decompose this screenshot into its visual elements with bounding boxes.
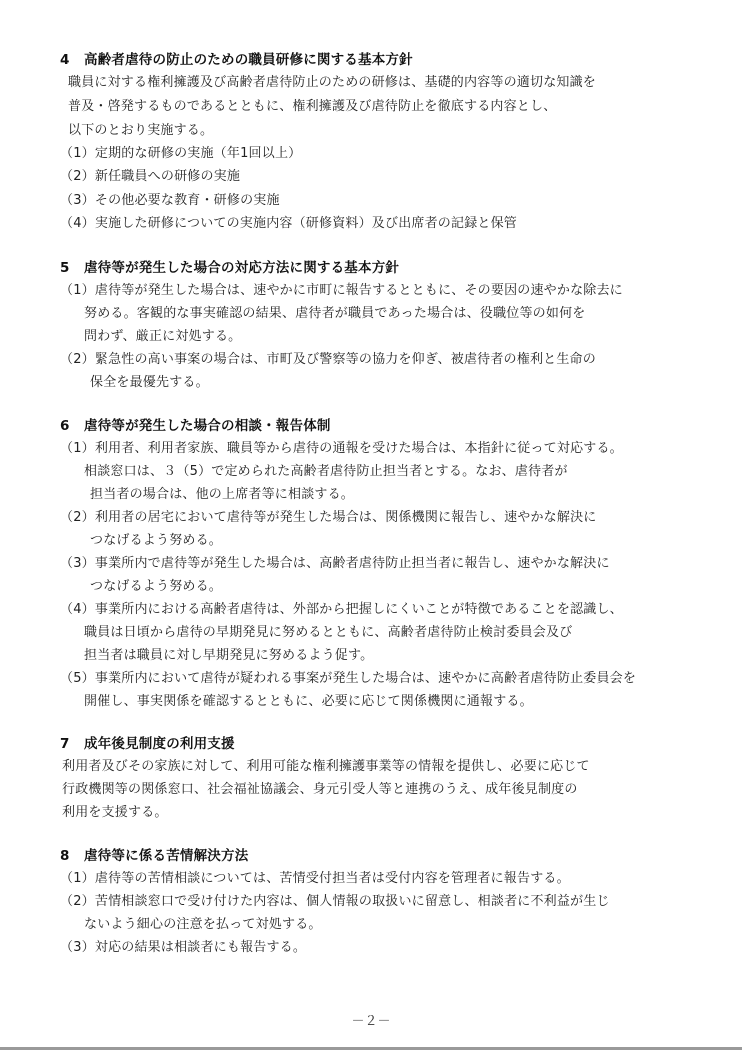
list-item: （3）事業所内で虐待等が発生した場合は、高齢者虐待防止担当者に報告し、速やかな解…: [60, 556, 610, 572]
list-item-continuation: 保全を最優先する。: [90, 375, 209, 391]
list-item: （4）実施した研修についての実施内容（研修資料）及び出席者の記録と保管: [60, 216, 517, 232]
list-item: （5）事業所内において虐待が疑われる事案が発生した場合は、速やかに高齢者虐待防止…: [60, 671, 636, 687]
paragraph-line: 普及・啓発するものであるとともに、権利擁護及び虐待防止を徹底する内容とし、: [68, 99, 556, 115]
section-heading-5: 5虐待等が発生した場合の対応方法に関する基本方針: [60, 260, 399, 276]
page-number: －２－: [0, 1010, 742, 1029]
section-number: 5: [60, 260, 84, 276]
section-title: 虐待等に係る苦情解決方法: [84, 848, 248, 864]
section-number: 8: [60, 848, 84, 864]
list-item-continuation: 職員は日頃から虐待の早期発見に努めるとともに、高齢者虐待防止検討委員会及び: [84, 625, 572, 641]
list-item-continuation: 相談窓口は、３（5）で定められた高齢者虐待防止担当者とする。なお、虐待者が: [84, 464, 568, 480]
list-item: （1）虐待等が発生した場合は、速やかに市町に報告するとともに、その要因の速やかな…: [60, 283, 623, 299]
list-item: （2）緊急性の高い事案の場合は、市町及び警察等の協力を仰ぎ、被虐待者の権利と生命…: [60, 352, 596, 368]
list-item: （1）利用者、利用者家族、職員等から虐待の通報を受けた場合は、本指針に従って対応…: [60, 441, 623, 457]
paragraph-line: 職員に対する権利擁護及び高齢者虐待防止のための研修は、基礎的内容等の適切な知識を: [68, 75, 596, 91]
list-item: （2）新任職員への研修の実施: [60, 169, 240, 185]
list-item: （1）虐待等の苦情相談については、苦情受付担当者は受付内容を管理者に報告する。: [60, 871, 570, 887]
paragraph-line: 利用者及びその家族に対して、利用可能な権利擁護事業等の情報を提供し、必要に応じて: [62, 759, 590, 775]
paragraph-line: 以下のとおり実施する。: [68, 123, 213, 139]
document-page: 4高齢者虐待の防止のための職員研修に関する基本方針 職員に対する権利擁護及び高齢…: [0, 0, 742, 1050]
section-heading-4: 4高齢者虐待の防止のための職員研修に関する基本方針: [60, 52, 413, 68]
list-item-continuation: 努める。客観的な事実確認の結果、虐待者が職員であった場合は、役職位等の如何を: [84, 306, 585, 322]
list-item: （2）苦情相談窓口で受け付けた内容は、個人情報の取扱いに留意し、相談者に不利益が…: [60, 894, 610, 910]
list-item: （3）対応の結果は相談者にも報告する。: [60, 940, 306, 956]
section-heading-6: 6虐待等が発生した場合の相談・報告体制: [60, 418, 331, 434]
section-title: 虐待等が発生した場合の対応方法に関する基本方針: [84, 260, 399, 276]
list-item-continuation: 開催し、事実関係を確認するとともに、必要に応じて関係機関に通報する。: [84, 694, 533, 710]
list-item: （4）事業所内における高齢者虐待は、外部から把握しにくいことが特徴であることを認…: [60, 602, 623, 618]
list-item-continuation: 問わず、厳正に対処する。: [84, 329, 241, 345]
section-number: 7: [60, 736, 84, 752]
section-heading-8: 8虐待等に係る苦情解決方法: [60, 848, 248, 864]
list-item-continuation: つなげるよう努める。: [90, 533, 222, 549]
section-title: 高齢者虐待の防止のための職員研修に関する基本方針: [84, 52, 413, 68]
section-heading-7: 7成年後見制度の利用支援: [60, 736, 235, 752]
section-number: 4: [60, 52, 84, 68]
section-number: 6: [60, 418, 84, 434]
list-item: （1）定期的な研修の実施（年1回以上）: [60, 146, 301, 162]
list-item: （2）利用者の居宅において虐待等が発生した場合は、関係機関に報告し、速やかな解決…: [60, 510, 596, 526]
list-item-continuation: 担当者の場合は、他の上席者等に相談する。: [90, 487, 354, 503]
list-item: （3）その他必要な教育・研修の実施: [60, 193, 280, 209]
list-item-continuation: ないよう細心の注意を払って対処する。: [84, 917, 322, 933]
section-title: 成年後見制度の利用支援: [84, 736, 235, 752]
list-item-continuation: 担当者は職員に対し早期発見に努めるよう促す。: [84, 648, 373, 664]
paragraph-line: 利用を支援する。: [62, 805, 168, 821]
list-item-continuation: つなげるよう努める。: [90, 579, 222, 595]
section-title: 虐待等が発生した場合の相談・報告体制: [84, 418, 331, 434]
paragraph-line: 行政機関等の関係窓口、社会福祉協議会、身元引受人等と連携のうえ、成年後見制度の: [62, 782, 578, 798]
